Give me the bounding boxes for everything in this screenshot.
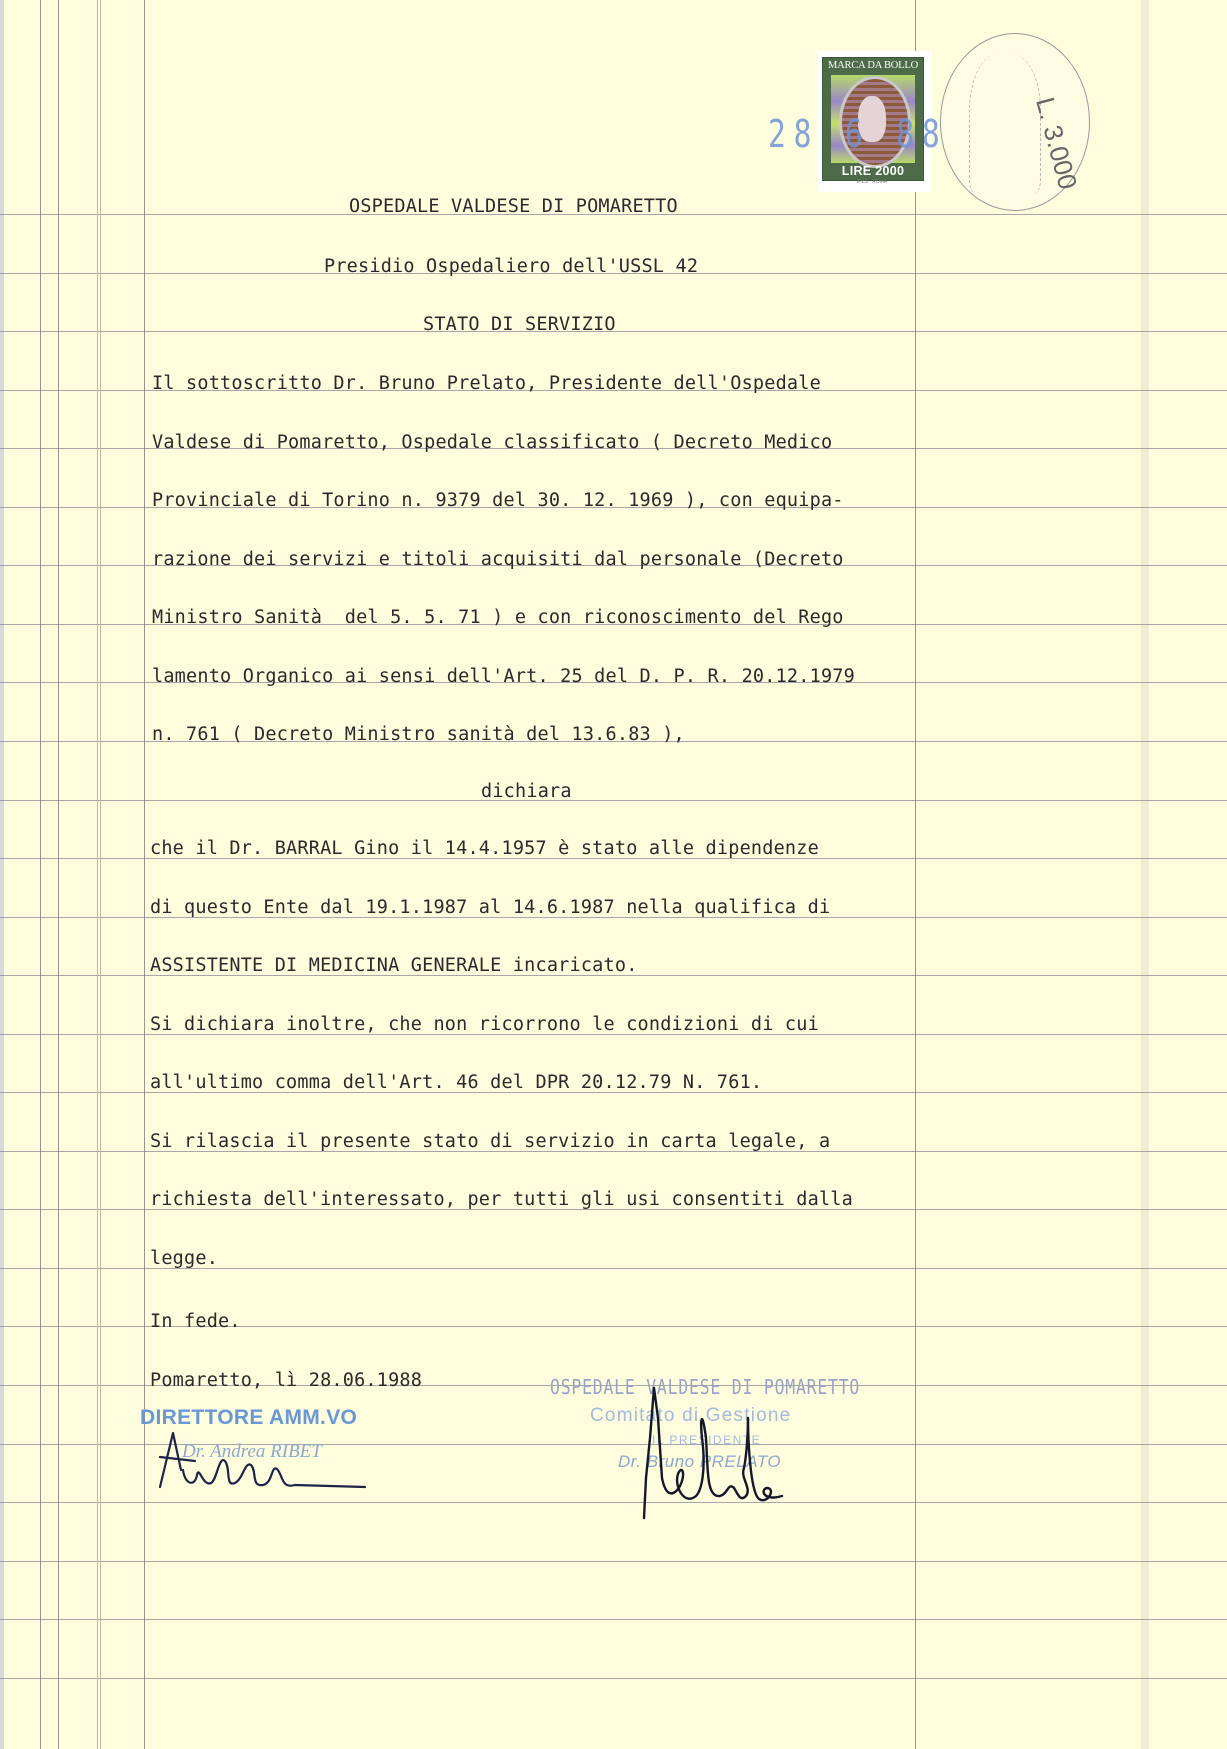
document-page: L. 3.000 MARCA DA BOLLO LIRE 2000 IPZS ·…	[0, 0, 1227, 1749]
revenue-stamp-label: MARCA DA BOLLO	[825, 60, 921, 72]
ruled-line	[0, 1678, 1227, 1679]
text-line: di questo Ente dal 19.1.1987 al 14.6.198…	[150, 897, 830, 918]
institution-name: OSPEDALE VALDESE DI POMARETTO	[349, 196, 678, 217]
margin-line	[100, 0, 101, 1749]
revenue-stamp-value: LIRE 2000	[825, 164, 921, 178]
text-line: che il Dr. BARRAL Gino il 14.4.1957 è st…	[150, 838, 819, 859]
paper-fold-shadow	[1141, 0, 1149, 1749]
text-line: Valdese di Pomaretto, Ospedale classific…	[152, 432, 832, 453]
institution-subtitle: Presidio Ospedaliero dell'USSL 42	[324, 256, 698, 277]
ruled-line	[0, 1619, 1227, 1620]
president-signature-icon	[636, 1378, 796, 1523]
margin-line	[40, 0, 41, 1749]
margin-line	[58, 0, 59, 1749]
text-line: Si dichiara inoltre, che non ricorrono l…	[150, 1014, 819, 1035]
director-signature-icon	[155, 1425, 385, 1505]
ruled-line	[0, 1561, 1227, 1562]
cancellation-date-stamp: 28 6 88	[768, 112, 948, 156]
text-line: Si rilascia il presente stato di servizi…	[150, 1131, 830, 1152]
text-line: legge.	[150, 1248, 218, 1269]
page-edge	[0, 0, 4, 1749]
text-line: Il sottoscritto Dr. Bruno Prelato, Presi…	[152, 373, 821, 394]
text-line: razione dei servizi e titoli acquisiti d…	[152, 549, 844, 570]
text-line: Provinciale di Torino n. 9379 del 30. 12…	[152, 490, 844, 511]
margin-line	[915, 0, 916, 1749]
text-line: n. 761 ( Decreto Ministro sanità del 13.…	[152, 724, 685, 745]
declares-heading: dichiara	[481, 781, 572, 802]
place-date: Pomaretto, lì 28.06.1988	[150, 1370, 422, 1391]
ruled-line	[0, 800, 1227, 801]
document-title: STATO DI SERVIZIO	[423, 314, 616, 335]
text-line: ASSISTENTE DI MEDICINA GENERALE incarica…	[150, 955, 638, 976]
margin-line	[97, 0, 98, 1749]
text-line: lamento Organico ai sensi dell'Art. 25 d…	[152, 666, 855, 687]
margin-line	[144, 0, 145, 1749]
text-line: richiesta dell'interessato, per tutti gl…	[150, 1189, 853, 1210]
seated-figure-icon	[969, 54, 1041, 194]
text-line: Ministro Sanità del 5. 5. 71 ) e con ric…	[152, 607, 844, 628]
embossed-seal-icon: L. 3.000	[940, 33, 1090, 211]
text-line: all'ultimo comma dell'Art. 46 del DPR 20…	[150, 1072, 762, 1093]
closing-text: In fede.	[150, 1311, 241, 1332]
